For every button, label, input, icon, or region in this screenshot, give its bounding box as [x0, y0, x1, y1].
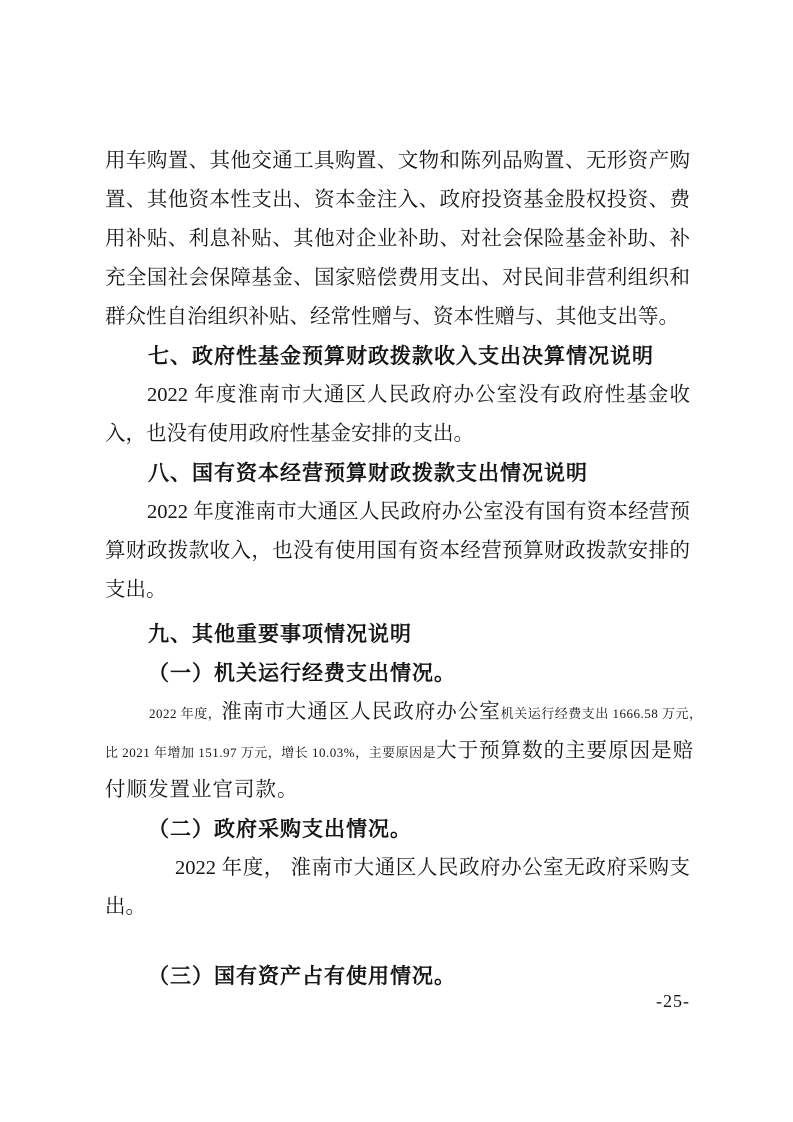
heading-item-one: （一）机关运行经费支出情况。 [105, 654, 690, 693]
text-line: 2022 年度，淮南市大通区人民政府办公室机关运行经费支出 1666.58 万元… [105, 693, 690, 732]
text-run-large: 付顺发置业官司款。 [105, 779, 299, 801]
page-number: -25- [656, 991, 690, 1012]
heading-item-three: （三）国有资产占有使用情况。 [105, 957, 690, 996]
text-line: 付顺发置业官司款。 [105, 771, 690, 810]
text-line: 2022 年度， 淮南市大通区人民政府办公室无政府采购支 [105, 849, 690, 888]
text-run-small: 2022 年度， [149, 706, 221, 721]
text-line: 2022 年度淮南市大通区人民政府办公室没有政府性基金收 [105, 376, 690, 415]
heading-section-nine: 九、其他重要事项情况说明 [105, 615, 690, 654]
text-run-small: 比 2021 年增加 151.97 万元，增长 10.03%，主要原因是 [105, 745, 436, 760]
text-line: 2022 年度淮南市大通区人民政府办公室没有国有资本经营预 [105, 493, 690, 532]
text-line: 充全国社会保障基金、国家赔偿费用支出、对民间非营利组织和 [105, 259, 690, 298]
paragraph-item-one: 2022 年度，淮南市大通区人民政府办公室机关运行经费支出 1666.58 万元… [105, 693, 690, 810]
text-run-small: 机关运行经费支出 1666.58 万元， [501, 706, 703, 721]
text-line: 算财政拨款收入，也没有使用国有资本经营预算财政拨款安排的 [105, 532, 690, 571]
text-run-large: 大于预算数的主要原因是赔 [436, 740, 694, 762]
document-page: 用车购置、其他交通工具购置、文物和陈列品购置、无形资产购置、其他资本性支出、资本… [0, 0, 793, 1122]
text-run-large: 淮南市大通区人民政府办公室 [221, 701, 501, 723]
heading-section-eight: 八、国有资本经营预算财政拨款支出情况说明 [105, 454, 690, 493]
text-line: 支出。 [105, 571, 690, 610]
paragraph-item-two: 2022 年度， 淮南市大通区人民政府办公室无政府采购支出。 [105, 849, 690, 927]
page-content: 用车购置、其他交通工具购置、文物和陈列品购置、无形资产购置、其他资本性支出、资本… [105, 142, 690, 996]
paragraph-section-eight: 2022 年度淮南市大通区人民政府办公室没有国有资本经营预算财政拨款收入，也没有… [105, 493, 690, 610]
text-line: 置、其他资本性支出、资本金注入、政府投资基金股权投资、费 [105, 181, 690, 220]
text-line: 群众性自治组织补贴、经常性赠与、资本性赠与、其他支出等。 [105, 298, 690, 337]
text-line: 用车购置、其他交通工具购置、文物和陈列品购置、无形资产购 [105, 142, 690, 181]
heading-item-two: （二）政府采购支出情况。 [105, 810, 690, 849]
text-line: 比 2021 年增加 151.97 万元，增长 10.03%，主要原因是大于预算… [105, 732, 690, 771]
text-line: 入，也没有使用政府性基金安排的支出。 [105, 415, 690, 454]
text-line: 出。 [105, 888, 690, 927]
heading-section-seven: 七、政府性基金预算财政拨款收入支出决算情况说明 [105, 337, 690, 376]
paragraph-capital-items-continuation: 用车购置、其他交通工具购置、文物和陈列品购置、无形资产购置、其他资本性支出、资本… [105, 142, 690, 337]
text-line: 用补贴、利息补贴、其他对企业补助、对社会保险基金补助、补 [105, 220, 690, 259]
paragraph-section-seven: 2022 年度淮南市大通区人民政府办公室没有政府性基金收入，也没有使用政府性基金… [105, 376, 690, 454]
